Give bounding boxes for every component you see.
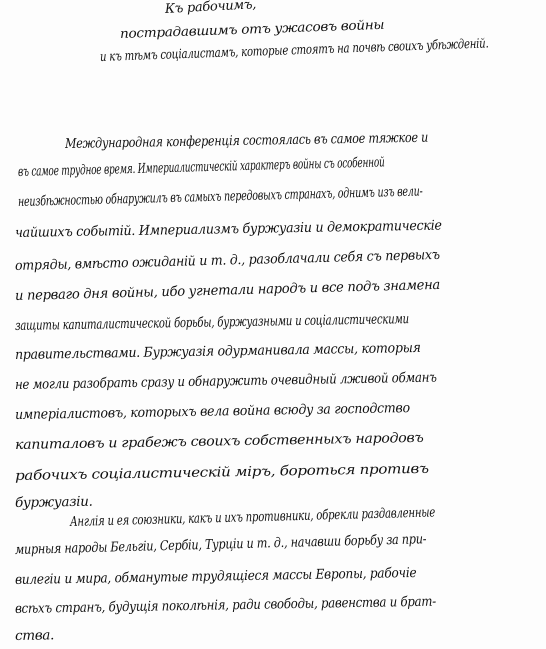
body-line: и перваго дня войны, ибо угнетали народъ…	[15, 277, 440, 304]
body-line: вилегіи и мира, обманутые трудящіеся мас…	[15, 565, 417, 588]
body-line: правительствами. Буржуазія одурманивала …	[15, 340, 421, 363]
body-line: неизбѣжностью обнаружилъ въ самыхъ перед…	[18, 183, 423, 210]
body-line: имперіалистовъ, которыхъ вела война всюд…	[15, 400, 410, 423]
body-line: мирныя народы Бельгіи, Сербіи, Турціи и …	[15, 531, 427, 558]
body-line: не могли разобрать сразу и обнаружить оч…	[15, 370, 437, 393]
body-line: отряды, вмѣсто ожиданій и т. д., разобла…	[15, 247, 440, 274]
body-line: Англія и ея союзники, какъ и ихъ противн…	[70, 504, 436, 530]
heading-line-3: и къ тѣмъ соціалистамъ, которые стоятъ н…	[100, 36, 489, 65]
heading-line-2: пострадавшимъ отъ ужасовъ войны	[120, 18, 385, 42]
body-line: въ самое трудное время. Империалистическ…	[18, 154, 385, 180]
body-line: Международная конференція состоялась въ …	[65, 130, 428, 152]
manuscript-page: Къ рабочимъ, пострадавшимъ отъ ужасовъ в…	[0, 0, 546, 649]
body-line: рабочихъ соціалистическій міръ, бороться…	[15, 461, 429, 484]
body-line: буржуазіи.	[15, 494, 93, 511]
body-line: защиты капиталистической борьбы, буржуаз…	[15, 311, 409, 334]
body-line: всѣхъ странъ, будущія поколѣнія, ради св…	[15, 594, 436, 617]
body-line: ства.	[15, 627, 54, 644]
body-line: чайшихъ событій. Империализмъ буржуазіи …	[15, 218, 442, 241]
body-line: капиталовъ и грабежъ своихъ собственныхъ…	[15, 430, 424, 453]
heading-line-1: Къ рабочимъ,	[165, 0, 257, 17]
